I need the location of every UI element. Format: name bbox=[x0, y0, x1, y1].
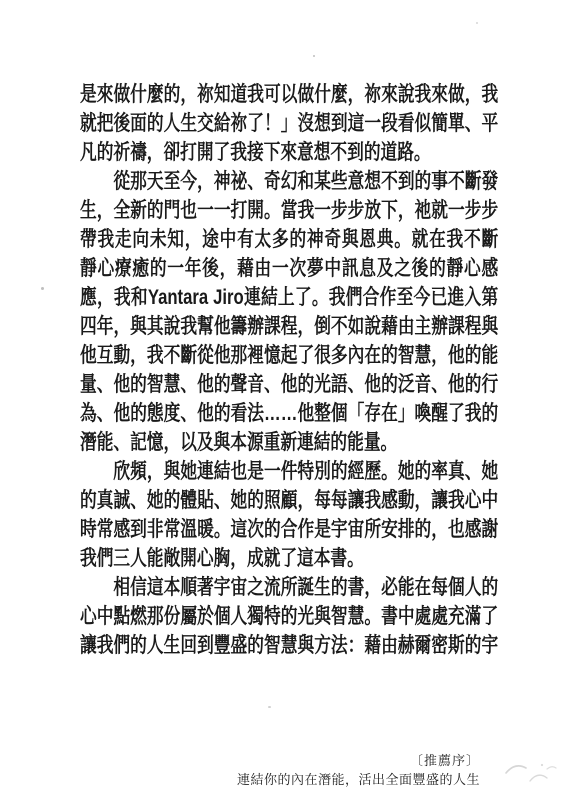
text-line: 就把後面的人生交給祢了！」沒想到這一段看似簡單、平 bbox=[80, 109, 498, 138]
text-line: 量、他的智慧、他的聲音、他的光語、他的泛音、他的行 bbox=[80, 370, 498, 399]
text-line: 潛能、記憶，以及與本源重新連結的能量。 bbox=[80, 428, 498, 457]
text-line: 讓我們的人生回到豐盛的智慧與方法：藉由赫爾密斯的宇 bbox=[80, 631, 498, 660]
footer-running-title: 連結你的內在潛能，活出全面豐盛的人生 bbox=[237, 771, 480, 788]
text-line: 欣頻，與她連結也是一件特別的經歷。她的率真、她 bbox=[80, 457, 498, 486]
scan-smudge bbox=[500, 755, 565, 790]
book-page: 是來做什麼的，祢知道我可以做什麼，祢來說我來做，我 就把後面的人生交給祢了！」沒… bbox=[0, 0, 577, 812]
text-line: 靜心療癒的一年後，藉由一次夢中訊息及之後的靜心感 bbox=[80, 254, 498, 283]
text-line: 帶我走向未知，途中有太多的神奇與恩典。就在我不斷 bbox=[80, 225, 498, 254]
text-line: 從那天至今，神祕、奇幻和某些意想不到的事不斷發 bbox=[80, 167, 498, 196]
scan-speck bbox=[41, 287, 44, 290]
scan-speck bbox=[476, 22, 478, 24]
text-line: 生，全新的門也一一打開。當我一步步放下，祂就一步步 bbox=[80, 196, 498, 225]
text-line: 為、他的態度、他的看法……他整個「存在」喚醒了我的 bbox=[80, 399, 498, 428]
text-line: 時常感到非常溫暖。這次的合作是宇宙所安排的，也感謝 bbox=[80, 515, 498, 544]
text-line: 我們三人能敞開心胸，成就了這本書。 bbox=[80, 544, 498, 573]
scan-speck bbox=[268, 706, 271, 708]
text-line: 是來做什麼的，祢知道我可以做什麼，祢來說我來做，我 bbox=[80, 80, 498, 109]
footer-section-label: 〔推薦序〕 bbox=[410, 753, 480, 769]
text-line: 他互動，我不斷從他那裡憶起了很多內在的智慧，他的能 bbox=[80, 341, 498, 370]
text-line: 凡的祈禱，卻打開了我接下來意想不到的道路。 bbox=[80, 138, 498, 167]
text-line: 相信這本順著宇宙之流所誕生的書，必能在每個人的 bbox=[80, 573, 498, 602]
text-line: 四年，與其說我幫他籌辦課程，倒不如說藉由主辦課程與 bbox=[80, 312, 498, 341]
text-line: 應，我和Yantara Jiro連結上了。我們合作至今已進入第 bbox=[80, 283, 498, 312]
text-line: 的真誠、她的體貼、她的照顧，每每讓我感動，讓我心中 bbox=[80, 486, 498, 515]
scan-speck bbox=[313, 55, 315, 57]
text-line: 心中點燃那份屬於個人獨特的光與智慧。書中處處充滿了 bbox=[80, 602, 498, 631]
body-text: 是來做什麼的，祢知道我可以做什麼，祢來說我來做，我 就把後面的人生交給祢了！」沒… bbox=[80, 80, 498, 660]
